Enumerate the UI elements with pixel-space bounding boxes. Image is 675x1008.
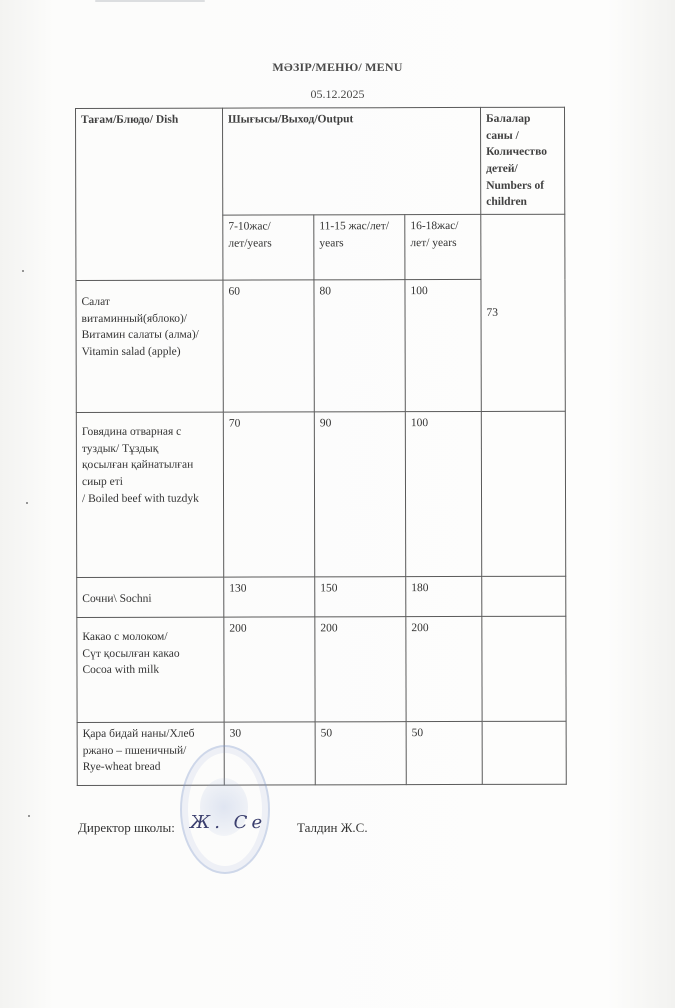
director-label: Директор школы: <box>78 820 175 836</box>
document-title: МӘЗІР/МЕНЮ/ MENU <box>0 60 675 75</box>
scan-speck <box>26 502 28 504</box>
children-count-empty <box>482 721 566 784</box>
header-age-11-15: 11-15 жас/лет/ years <box>314 215 405 280</box>
dish-cell: Говядина отварная с туздык/ Тұздық қосыл… <box>76 412 223 577</box>
output-cell: 90 <box>314 412 405 577</box>
dish-line: витаминный(яблоко)/ <box>82 310 218 327</box>
header-children-count: Балалар саны /Количество детей/ Numbers … <box>481 107 565 214</box>
dish-line: Салат <box>81 294 217 311</box>
table-row: Қара бидай наны/Хлеб ржано – пшеничный/ … <box>77 721 566 785</box>
children-count-empty <box>482 576 566 616</box>
director-signature: Ж. Се <box>190 812 266 833</box>
output-cell: 200 <box>224 617 315 722</box>
table-row: Сочни\ Sochni 130 150 180 <box>77 576 566 617</box>
output-cell: 200 <box>315 617 406 722</box>
output-cell: 80 <box>314 280 405 412</box>
output-cell: 200 <box>406 616 482 721</box>
dish-line: сиыр еті <box>82 474 218 491</box>
header-age-7-10: 7-10жас/лет/years <box>223 215 314 280</box>
scan-speck <box>22 270 24 272</box>
dish-line: Vitamin salad (apple) <box>82 344 218 361</box>
dish-line: / Boiled beef with tuzdyk <box>82 490 218 507</box>
dish-line: Қара бидай наны/Хлеб <box>83 726 219 743</box>
dish-cell: Какао с молоком/ Сүт қосылған какао Coco… <box>77 617 224 722</box>
scan-speck <box>28 815 30 817</box>
children-count-empty <box>482 616 566 721</box>
children-count-empty <box>481 411 565 576</box>
dish-line: қосылған қайнатылған <box>82 457 218 474</box>
children-count-value: 73 <box>481 214 566 411</box>
table-row: Говядина отварная с туздык/ Тұздық қосыл… <box>76 411 565 577</box>
dish-cell: Салат витаминный(яблоко)/ Витамин салаты… <box>76 280 223 412</box>
document-date: 05.12.2025 <box>0 87 675 102</box>
output-cell: 130 <box>224 577 315 617</box>
dish-line: Говядина отварная с <box>82 424 218 441</box>
output-cell: 100 <box>405 411 481 576</box>
header-dish: Тағам/Блюдо/ Dish <box>76 108 223 280</box>
dish-line: Сочни\ Sochni <box>82 591 218 608</box>
header-age-16-18: 16-18жас/лет/ years <box>405 214 481 279</box>
output-cell: 150 <box>315 577 406 617</box>
dish-line: туздык/ Тұздық <box>82 440 218 457</box>
menu-table: Тағам/Блюдо/ Dish Шығысы/Выход/Output Ба… <box>75 107 567 786</box>
dish-line: Cocoa with milk <box>82 662 218 679</box>
dish-line: Витамин салаты (алма)/ <box>82 327 218 344</box>
dish-line: Сүт қосылған какао <box>82 645 218 662</box>
scan-artifact <box>95 0 205 2</box>
output-cell: 50 <box>315 722 406 785</box>
output-cell: 100 <box>405 279 481 411</box>
table-row: Какао с молоком/ Сүт қосылған какао Coco… <box>77 616 566 722</box>
director-name: Талдин Ж.С. <box>297 820 368 836</box>
output-cell: 70 <box>223 412 314 577</box>
header-output: Шығысы/Выход/Output <box>223 107 481 215</box>
output-cell: 180 <box>406 576 482 616</box>
dish-line: Какао с молоком/ <box>82 629 218 646</box>
dish-cell: Сочни\ Sochni <box>77 577 224 617</box>
output-cell: 50 <box>406 721 482 784</box>
output-cell: 60 <box>223 280 314 412</box>
